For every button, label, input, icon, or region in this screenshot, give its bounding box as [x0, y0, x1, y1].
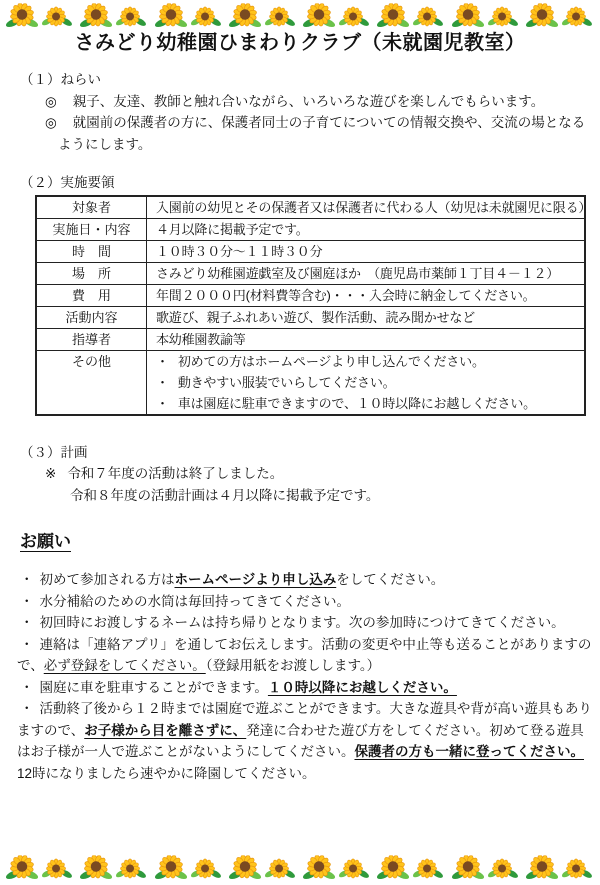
- table-row: 対象者 入園前の幼児とその保護者又は保護者に代わる人（幼児は未就園児に限る）: [36, 196, 585, 219]
- cell-bullet-text: 初めての方はホームページより申し込んでください。: [178, 354, 485, 369]
- cell-bullet-text: 動きやすい服装でいらしてください。: [178, 375, 396, 390]
- dot-bullet-icon: ・: [156, 375, 169, 390]
- row-label: 時 間: [36, 240, 147, 262]
- list-item-text: 親子、友達、教師と触れ合いながら、いろいろな遊びを楽しんでもらいます。: [73, 94, 544, 109]
- list-item: ・初回時にお渡しするネームは持ち帰りとなります。次の参加時につけてきてください。: [17, 612, 592, 634]
- row-label: 活動内容: [36, 306, 147, 328]
- table-row: その他 ・初めての方はホームページより申し込んでください。 ・動きやすい服装でい…: [36, 350, 585, 415]
- section-heading-jisshi: （２）実施要領: [20, 172, 592, 194]
- row-label: 指導者: [36, 328, 147, 350]
- row-label: 実施日・内容: [36, 218, 147, 240]
- emphasized-text: お子様から目を離さずに、: [84, 723, 246, 738]
- list-item: ・連絡は「連絡アプリ」を通してお伝えします。活動の変更や中止等も送ることがありま…: [17, 634, 592, 677]
- row-label: 対象者: [36, 196, 147, 219]
- section-heading-onegai: お願い: [20, 531, 592, 552]
- row-value: ４月以降に掲載予定です。: [147, 218, 586, 240]
- emphasized-text: ホームページより申し込み: [175, 572, 337, 587]
- sunflower-icon: [5, 855, 75, 881]
- row-value: 入園前の幼児とその保護者又は保護者に代わる人（幼児は未就園児に限る）: [147, 196, 586, 219]
- sunflower-icon: [228, 3, 298, 29]
- row-value: 歌遊び、親子ふれあい遊び、製作活動、読み聞かせなど: [147, 306, 586, 328]
- dot-bullet-icon: ・: [20, 615, 34, 630]
- cell-bullet-line: ・車は園庭に駐車できますので、１０時以降にお越しください。: [156, 393, 580, 414]
- table-row: 活動内容 歌遊び、親子ふれあい遊び、製作活動、読み聞かせなど: [36, 306, 585, 328]
- emphasized-text: １０時以降にお越しください。: [268, 680, 457, 695]
- sunflower-icon: [5, 3, 75, 29]
- list-item: ・活動終了後から１２時までは園庭で遊ぶことができます。大きな遊具や背が高い遊具も…: [17, 698, 592, 784]
- sunflower-icon: [302, 855, 372, 881]
- row-value: ・初めての方はホームページより申し込んでください。 ・動きやすい服装でいらしてく…: [147, 350, 586, 415]
- sunflower-icon: [451, 3, 521, 29]
- cell-bullet-line: ・初めての方はホームページより申し込んでください。: [156, 351, 580, 372]
- dot-bullet-icon: ・: [20, 594, 34, 609]
- table-row: 実施日・内容 ４月以降に掲載予定です。: [36, 218, 585, 240]
- keikaku-text: 令和７年度の活動は終了しました。: [67, 466, 283, 481]
- row-value: さみどり幼稚園遊戯室及び園庭ほか （鹿児島市薬師１丁目４－１２）: [147, 262, 586, 284]
- sunflower-icon: [228, 855, 298, 881]
- sunflower-icon: [302, 3, 372, 29]
- table-row: 費 用 年間２０００円(材料費等含む)・・・入会時に納金してください。: [36, 284, 585, 306]
- list-item: ・初めて参加される方はホームページより申し込みをしてください。: [17, 569, 592, 591]
- double-circle-bullet-icon: ◎: [45, 115, 57, 130]
- page-title: さみどり幼稚園ひまわりクラブ（未就園児教室）: [0, 30, 600, 56]
- nerai-list: ◎親子、友達、教師と触れ合いながら、いろいろな遊びを楽しんでもらいます。 ◎就園…: [17, 91, 592, 156]
- flyer-page: { "title": "さみどり幼稚園ひまわりクラブ（未就園児教室）", "se…: [0, 0, 600, 885]
- row-label: その他: [36, 350, 147, 415]
- sunflower-icon: [525, 855, 595, 881]
- sunflower-border-bottom: [5, 855, 595, 881]
- dot-bullet-icon: ・: [20, 637, 34, 652]
- row-value: 年間２０００円(材料費等含む)・・・入会時に納金してください。: [147, 284, 586, 306]
- list-item: ◎親子、友達、教師と触れ合いながら、いろいろな遊びを楽しんでもらいます。: [17, 91, 592, 113]
- row-label: 場 所: [36, 262, 147, 284]
- sunflower-icon: [525, 3, 595, 29]
- document-body: さみどり幼稚園ひまわりクラブ（未就園児教室） （１）ねらい ◎親子、友達、教師と…: [0, 0, 600, 784]
- sunflower-border-top: [5, 3, 595, 29]
- list-item: ・水分補給のための水筒は毎回持ってきてください。: [17, 591, 592, 613]
- underlined-text: 必ず登録をしてください。: [44, 658, 206, 673]
- row-value: 本幼稚園教諭等: [147, 328, 586, 350]
- implementation-table: 対象者 入園前の幼児とその保護者又は保護者に代わる人（幼児は未就園児に限る） 実…: [35, 195, 586, 416]
- dot-bullet-icon: ・: [20, 701, 34, 716]
- table-row: 時 間 １０時３０分～１１時３０分: [36, 240, 585, 262]
- keikaku-note-line1: ※令和７年度の活動は終了しました。: [17, 463, 592, 485]
- sunflower-icon: [79, 855, 149, 881]
- dot-bullet-icon: ・: [20, 680, 34, 695]
- sunflower-icon: [451, 855, 521, 881]
- reference-mark-icon: ※: [45, 466, 56, 481]
- list-item: ◎就園前の保護者の方に、保護者同士の子育てについての情報交換や、交流の場となるよ…: [17, 112, 592, 155]
- sunflower-icon: [154, 855, 224, 881]
- emphasized-text: 保護者の方も一緒に登ってください。: [355, 744, 585, 759]
- sunflower-icon: [376, 3, 446, 29]
- row-value: １０時３０分～１１時３０分: [147, 240, 586, 262]
- row-label: 費 用: [36, 284, 147, 306]
- list-item: ・園庭に車を駐車することができます。１０時以降にお越しください。: [17, 677, 592, 699]
- table-row: 指導者 本幼稚園教諭等: [36, 328, 585, 350]
- sunflower-icon: [376, 855, 446, 881]
- sunflower-icon: [79, 3, 149, 29]
- double-circle-bullet-icon: ◎: [45, 94, 57, 109]
- section-heading-keikaku: （３）計画: [20, 442, 592, 464]
- section-heading-nerai: （１）ねらい: [20, 69, 592, 91]
- list-item-text: 就園前の保護者の方に、保護者同士の子育てについての情報交換や、交流の場となるよう…: [58, 115, 585, 152]
- onegai-list: ・初めて参加される方はホームページより申し込みをしてください。 ・水分補給のため…: [17, 569, 592, 784]
- sunflower-icon: [154, 3, 224, 29]
- dot-bullet-icon: ・: [20, 572, 34, 587]
- table-row: 場 所 さみどり幼稚園遊戯室及び園庭ほか （鹿児島市薬師１丁目４－１２）: [36, 262, 585, 284]
- cell-bullet-text: 車は園庭に駐車できますので、１０時以降にお越しください。: [178, 396, 536, 411]
- dot-bullet-icon: ・: [156, 396, 169, 411]
- cell-bullet-line: ・動きやすい服装でいらしてください。: [156, 372, 580, 393]
- keikaku-note-line2: 令和８年度の活動計画は４月以降に掲載予定です。: [17, 485, 592, 507]
- dot-bullet-icon: ・: [156, 354, 169, 369]
